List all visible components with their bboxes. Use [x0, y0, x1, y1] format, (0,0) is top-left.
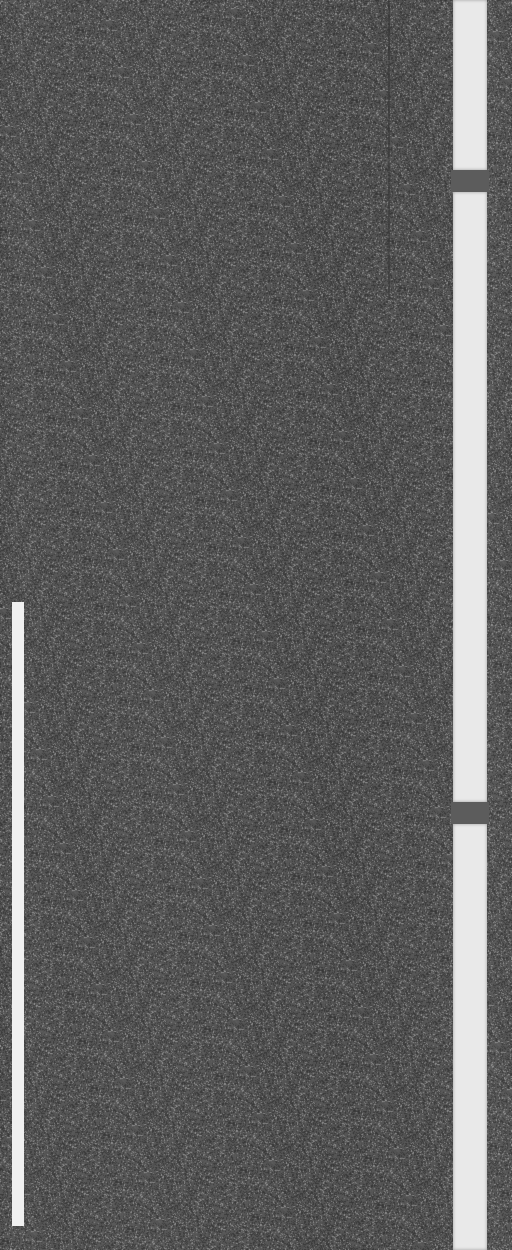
road-surface — [0, 0, 512, 1250]
asphalt-texture — [0, 0, 512, 1250]
dash-gap — [451, 802, 489, 824]
left-edge-line — [12, 602, 24, 1226]
pavement-crack — [388, 0, 390, 300]
right-lane-dash — [453, 192, 487, 802]
dash-gap — [451, 170, 489, 192]
right-lane-dash — [453, 824, 487, 1250]
right-lane-dash — [453, 0, 487, 170]
